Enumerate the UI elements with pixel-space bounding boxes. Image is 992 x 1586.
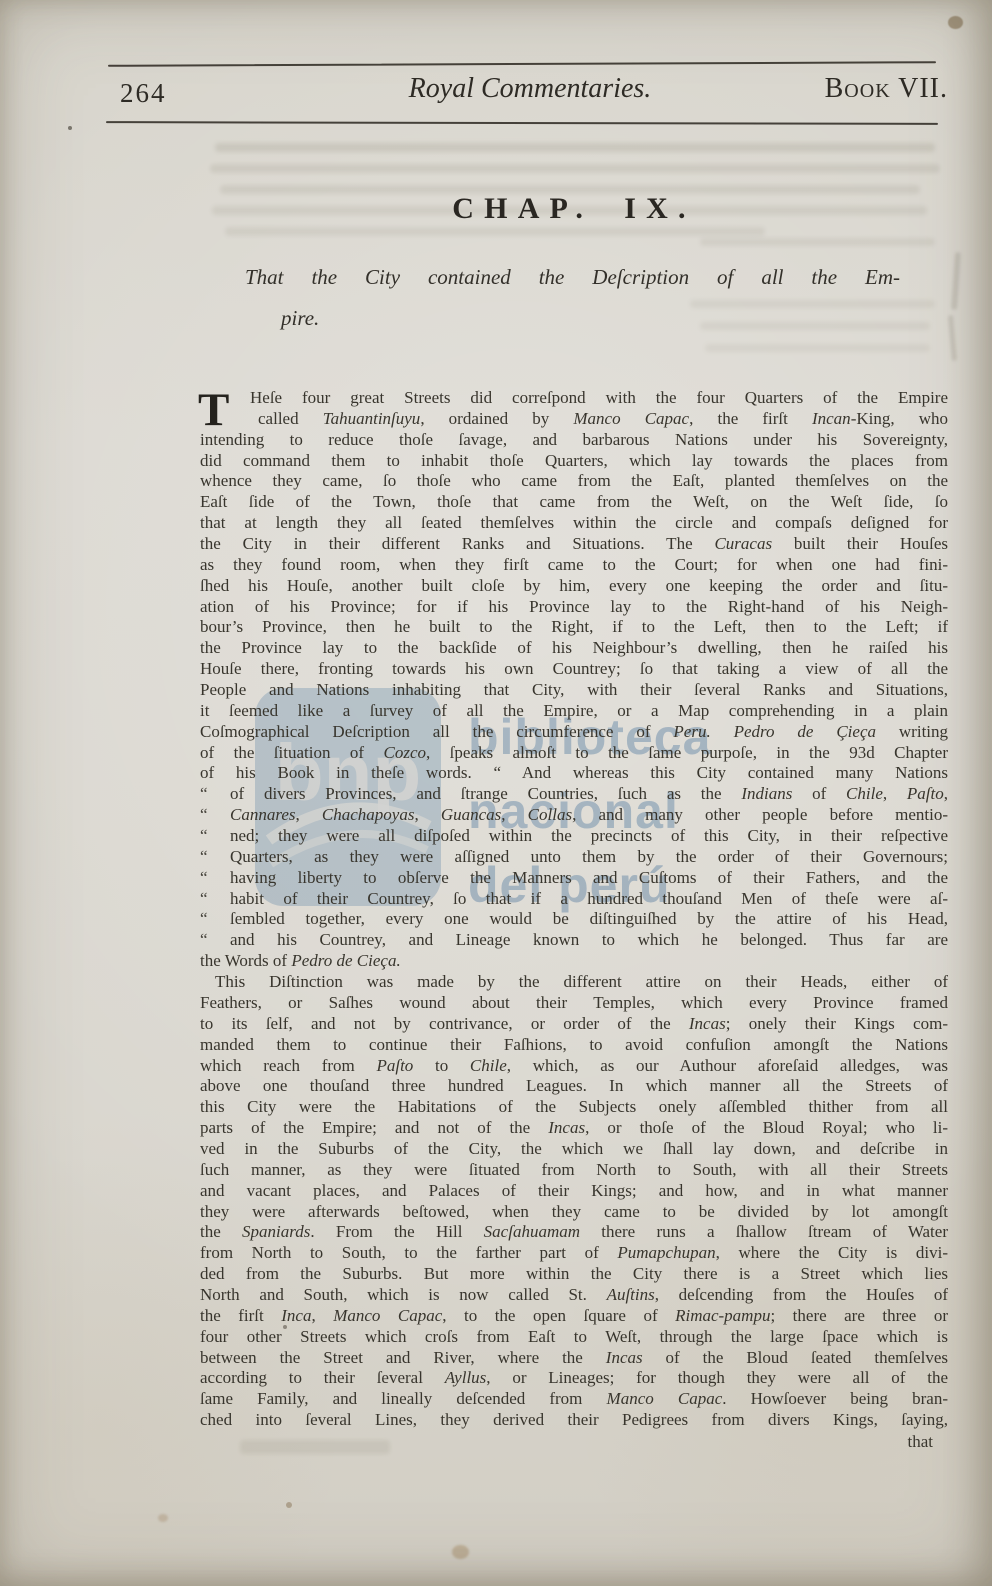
- text-segment: ,: [414, 805, 440, 824]
- text-line: ſuch manner, as they were ſituated from …: [200, 1160, 948, 1181]
- text-segment: ; onely their Kings com-: [726, 1014, 948, 1033]
- italic-text-segment: Collas: [528, 805, 572, 824]
- text-segment: four other Streets which croſs from Eaſt…: [200, 1327, 948, 1346]
- text-segment: of divers Provinces, and ſtrange Countri…: [230, 784, 741, 803]
- text-segment: the City in their different Ranks and Si…: [200, 534, 714, 553]
- text-segment: , to the open ſquare of: [442, 1306, 675, 1325]
- italic-text-segment: Spaniards: [242, 1222, 310, 1241]
- italic-text-segment: Incan: [812, 409, 851, 428]
- text-segment: that at length they all ſeated themſelve…: [200, 513, 948, 532]
- text-line: called Tahuantinſuyu, ordained by Manco …: [200, 409, 948, 430]
- text-line: North and South, which is now called St.…: [200, 1285, 948, 1306]
- text-segment: This Diſtinction was made by the differe…: [215, 972, 948, 991]
- text-line: “having liberty to obſerve the Manners a…: [200, 868, 948, 889]
- text-segment: North and South, which is now called St.: [200, 1285, 607, 1304]
- text-segment: Eaſt ſide of the Town, thoſe that came f…: [200, 492, 948, 511]
- drop-cap: T: [198, 390, 229, 430]
- text-line: between the Street and River, where the …: [200, 1348, 948, 1369]
- text-segment: of the ſituation of: [200, 743, 384, 762]
- italic-text-segment: Incas: [689, 1014, 726, 1033]
- page-number: 264: [120, 78, 167, 109]
- text-line: parts of the Empire; and not of the Inca…: [200, 1118, 948, 1139]
- quote-mark: “: [200, 930, 230, 951]
- quote-mark: “: [200, 784, 230, 805]
- text-segment: of: [792, 784, 846, 803]
- text-segment: ,: [883, 784, 907, 803]
- text-segment: ſuch manner, as they were ſituated from …: [200, 1160, 948, 1179]
- text-line: above one thouſand three hundred Leagues…: [200, 1076, 948, 1097]
- italic-text-segment: Ayllus: [445, 1368, 487, 1387]
- text-line: Feathers, or Saſhes wound about their Te…: [200, 993, 948, 1014]
- text-line: Heſe four great Streets did correſpond w…: [200, 388, 948, 409]
- book-label: Book VII.: [640, 73, 948, 105]
- text-segment: Houſe there, fronting towards his own Co…: [200, 659, 948, 678]
- text-line: the Province lay to the backſide of his …: [200, 638, 948, 659]
- italic-text-segment: Cozco: [384, 743, 427, 762]
- text-segment: ,: [296, 805, 322, 824]
- text-segment: Quarters, as they were aſſigned unto the…: [230, 847, 948, 866]
- italic-text-segment: Cannares: [230, 805, 296, 824]
- text-segment: . Howſoever being bran-: [722, 1389, 948, 1408]
- text-segment: of his Book in theſe words. “ And wherea…: [200, 763, 948, 782]
- text-segment: there runs a ſhallow ſtream of Water: [580, 1222, 948, 1241]
- italic-text-segment: Paſto: [907, 784, 944, 803]
- italic-text-segment: Guancas: [441, 805, 501, 824]
- text-segment: ation of his Province; for if his Provin…: [200, 597, 948, 616]
- italic-text-segment: Manco Capac: [333, 1306, 442, 1325]
- text-line: Eaſt ſide of the Town, thoſe that came f…: [200, 492, 948, 513]
- text-segment: the Province lay to the backſide of his …: [200, 638, 948, 657]
- text-line: the Spaniards. From the Hill Sacſahuamam…: [200, 1222, 948, 1243]
- text-segment: which reach from: [200, 1056, 376, 1075]
- text-line: as they found room, when they firſt came…: [200, 555, 948, 576]
- text-segment: the: [200, 1222, 242, 1241]
- text-segment: ; there are three or: [770, 1306, 948, 1325]
- text-line: “habit of their Countrey, ſo that if a h…: [200, 889, 948, 910]
- chapter-subtitle-line: pire.: [245, 306, 936, 331]
- book-page-scan: bnp biblioteca nacional del perú 264 Roy…: [0, 0, 992, 1586]
- text-segment: this City were the Habitations of the Su…: [200, 1097, 948, 1116]
- catchword: that: [200, 1432, 933, 1452]
- text-segment: and vacant places, and Palaces of their …: [200, 1181, 948, 1200]
- text-line: which reach from Paſto to Chile, which, …: [200, 1056, 948, 1077]
- text-line: ation of his Province; for if his Provin…: [200, 597, 948, 618]
- italic-text-segment: Incas: [548, 1118, 585, 1137]
- text-segment: [711, 722, 734, 741]
- text-segment: from North to South, to the farther part…: [200, 1243, 617, 1262]
- text-segment: , and many other people before mentio-: [572, 805, 948, 824]
- quote-mark: “: [200, 868, 230, 889]
- text-segment: to its ſelf, and not by contrivance, or …: [200, 1014, 689, 1033]
- chapter-subtitle-line: That the City contained the Deſcription …: [245, 265, 900, 290]
- text-segment: ſembled together, every one would be diſ…: [230, 909, 948, 928]
- text-line: Houſe there, fronting towards his own Co…: [200, 659, 948, 680]
- italic-text-segment: Peru.: [673, 722, 710, 741]
- text-segment: and his Countrey, and Lineage known to w…: [230, 930, 948, 949]
- text-segment: as they found room, when they firſt came…: [200, 555, 948, 574]
- text-line: bour’s Province, then he built to the Ri…: [200, 617, 948, 638]
- paper-stain: [452, 1545, 469, 1559]
- text-segment: manded them to continue their Faſhions, …: [200, 1035, 948, 1054]
- text-segment: ,: [311, 1306, 333, 1325]
- text-segment: , which, as our Authour aforeſaid alledg…: [507, 1056, 948, 1075]
- text-line: “ſembled together, every one would be di…: [200, 909, 948, 930]
- chapter-heading: CHAP. IX.: [200, 192, 948, 226]
- text-segment: the firſt: [200, 1306, 281, 1325]
- text-line: the City in their different Ranks and Si…: [200, 534, 948, 555]
- italic-text-segment: Incas: [606, 1348, 643, 1367]
- body-text: T Heſe four great Streets did correſpond…: [200, 388, 948, 1431]
- text-line: ved in the Suburbs of the City, the whic…: [200, 1139, 948, 1160]
- text-segment: bour’s Province, then he built to the Ri…: [200, 617, 948, 636]
- text-segment: writing: [876, 722, 948, 741]
- bleed-through-mark: [215, 143, 935, 152]
- text-segment: did command them to inhabit thoſe Quarte…: [200, 451, 948, 470]
- paper-stain: [68, 126, 72, 130]
- text-segment: having liberty to obſerve the Manners an…: [230, 868, 948, 887]
- ink-squiggle-mark: [948, 315, 957, 361]
- paper-stain: [286, 1502, 292, 1508]
- text-line: and vacant places, and Palaces of their …: [200, 1181, 948, 1202]
- italic-text-segment: Paſto: [376, 1056, 413, 1075]
- text-segment: ned; they were all diſpoſed within the p…: [230, 826, 948, 845]
- text-segment: ſhed his Houſe, another built cloſe by h…: [200, 576, 948, 595]
- text-segment: of the Bloud ſeated themſelves: [643, 1348, 948, 1367]
- quote-mark: “: [200, 847, 230, 868]
- italic-text-segment: Rimac-pampu: [675, 1306, 770, 1325]
- text-segment: Feathers, or Saſhes wound about their Te…: [200, 993, 948, 1012]
- text-line: ched into ſeveral Lines, they derived th…: [200, 1410, 948, 1431]
- text-segment: called: [258, 409, 323, 428]
- text-line: “and his Countrey, and Lineage known to …: [200, 930, 948, 951]
- text-segment: whence they came, ſo thoſe who came from…: [200, 471, 948, 490]
- paper-stain: [283, 1325, 287, 1329]
- italic-text-segment: Inca: [281, 1306, 311, 1325]
- text-line: intending to reduce thoſe ſavage, and ba…: [200, 430, 948, 451]
- ink-squiggle-mark: [951, 252, 961, 310]
- text-segment: ved in the Suburbs of the City, the whic…: [200, 1139, 948, 1158]
- quote-mark: “: [200, 889, 230, 910]
- italic-text-segment: Pedro de Çieça: [734, 722, 876, 741]
- text-segment: ,: [944, 784, 948, 803]
- italic-text-segment: Auſtins: [607, 1285, 655, 1304]
- text-line: “of divers Provinces, and ſtrange Countr…: [200, 784, 948, 805]
- text-line: ded from the Suburbs. But more within th…: [200, 1264, 948, 1285]
- quote-mark: “: [200, 909, 230, 930]
- text-segment: they were afterwards beſtowed, when they…: [200, 1202, 948, 1221]
- text-line: according to their ſeveral Ayllus, or Li…: [200, 1368, 948, 1389]
- quote-mark: “: [200, 826, 230, 847]
- text-line: “Quarters, as they were aſſigned unto th…: [200, 847, 948, 868]
- bleed-through-mark: [705, 344, 930, 352]
- text-segment: Coſmographical Deſcription all the circu…: [200, 722, 673, 741]
- text-line: “Cannares, Chachapoyas, Guancas, Collas,…: [200, 805, 948, 826]
- text-line: Coſmographical Deſcription all the circu…: [200, 722, 948, 743]
- text-segment: ded from the Suburbs. But more within th…: [200, 1264, 948, 1283]
- italic-text-segment: Chile: [846, 784, 883, 803]
- text-line: of the ſituation of Cozco, ſpeaks almoſt…: [200, 743, 948, 764]
- text-line: did command them to inhabit thoſe Quarte…: [200, 451, 948, 472]
- text-segment: , ordained by: [420, 409, 573, 428]
- text-segment: , deſcending from the Houſes of: [655, 1285, 948, 1304]
- text-segment: , or thoſe of the Bloud Royal; who li-: [585, 1118, 948, 1137]
- text-segment: , or Lineages; for though they were all …: [486, 1368, 948, 1387]
- italic-text-segment: Manco Capac: [573, 409, 689, 428]
- text-segment: Heſe four great Streets did correſpond w…: [250, 388, 948, 407]
- italic-text-segment: Pedro de Cieça.: [291, 951, 400, 970]
- text-line: “ned; they were all diſpoſed within the …: [200, 826, 948, 847]
- text-segment: according to their ſeveral: [200, 1368, 445, 1387]
- text-line: it ſeemed like a ſurvey of all the Empir…: [200, 701, 948, 722]
- bleed-through-mark: [700, 238, 935, 246]
- text-segment: . From the Hill: [310, 1222, 483, 1241]
- italic-text-segment: Sacſahuamam: [484, 1222, 580, 1241]
- text-segment: , the firſt: [689, 409, 812, 428]
- text-segment: People and Nations inhabiting that City,…: [200, 680, 948, 699]
- text-line: manded them to continue their Faſhions, …: [200, 1035, 948, 1056]
- text-segment: it ſeemed like a ſurvey of all the Empir…: [200, 701, 948, 720]
- text-segment: ched into ſeveral Lines, they derived th…: [200, 1410, 948, 1429]
- text-segment: between the Street and River, where the: [200, 1348, 606, 1367]
- italic-text-segment: Chile: [470, 1056, 507, 1075]
- text-line: ſhed his Houſe, another built cloſe by h…: [200, 576, 948, 597]
- italic-text-segment: Curacas: [714, 534, 772, 553]
- quote-mark: “: [200, 805, 230, 826]
- text-segment: ,: [501, 805, 527, 824]
- text-segment: built their Houſes: [772, 534, 948, 553]
- paper-stain: [158, 1514, 168, 1522]
- text-segment: to: [413, 1056, 470, 1075]
- text-line: People and Nations inhabiting that City,…: [200, 680, 948, 701]
- text-line: four other Streets which croſs from Eaſt…: [200, 1327, 948, 1348]
- text-segment: , where the City is divi-: [716, 1243, 948, 1262]
- italic-text-segment: Tahuantinſuyu: [323, 409, 421, 428]
- text-segment: , ſpeaks almoſt to the ſame purpoſe, in …: [426, 743, 948, 762]
- header-rule-bottom: [106, 121, 938, 125]
- text-line: to its ſelf, and not by contrivance, or …: [200, 1014, 948, 1035]
- text-line: the Words of Pedro de Cieça.: [200, 951, 948, 972]
- text-line: this City were the Habitations of the Su…: [200, 1097, 948, 1118]
- italic-text-segment: Manco Capac: [607, 1389, 723, 1408]
- text-line: the firſt Inca, Manco Capac, to the open…: [200, 1306, 948, 1327]
- italic-text-segment: Indians: [741, 784, 792, 803]
- text-line: that at length they all ſeated themſelve…: [200, 513, 948, 534]
- italic-text-segment: Chachapoyas: [322, 805, 415, 824]
- text-line: ſame Family, and lineally deſcended from…: [200, 1389, 948, 1410]
- text-segment: -King, who: [851, 409, 948, 428]
- text-line: This Diſtinction was made by the differe…: [200, 972, 948, 993]
- bleed-through-mark: [225, 227, 765, 236]
- header-rule-top: [108, 61, 936, 67]
- italic-text-segment: Pumapchupan: [617, 1243, 715, 1262]
- text-line: of his Book in theſe words. “ And wherea…: [200, 763, 948, 784]
- text-segment: intending to reduce thoſe ſavage, and ba…: [200, 430, 948, 449]
- text-segment: parts of the Empire; and not of the: [200, 1118, 548, 1137]
- text-segment: ſame Family, and lineally deſcended from: [200, 1389, 607, 1408]
- text-segment: above one thouſand three hundred Leagues…: [200, 1076, 948, 1095]
- bleed-through-mark: [210, 164, 940, 173]
- text-line: from North to South, to the farther part…: [200, 1243, 948, 1264]
- text-segment: the Words of: [200, 951, 291, 970]
- paper-stain: [948, 16, 963, 29]
- text-line: they were afterwards beſtowed, when they…: [200, 1202, 948, 1223]
- text-line: whence they came, ſo thoſe who came from…: [200, 471, 948, 492]
- text-segment: habit of their Countrey, ſo that if a hu…: [230, 889, 948, 908]
